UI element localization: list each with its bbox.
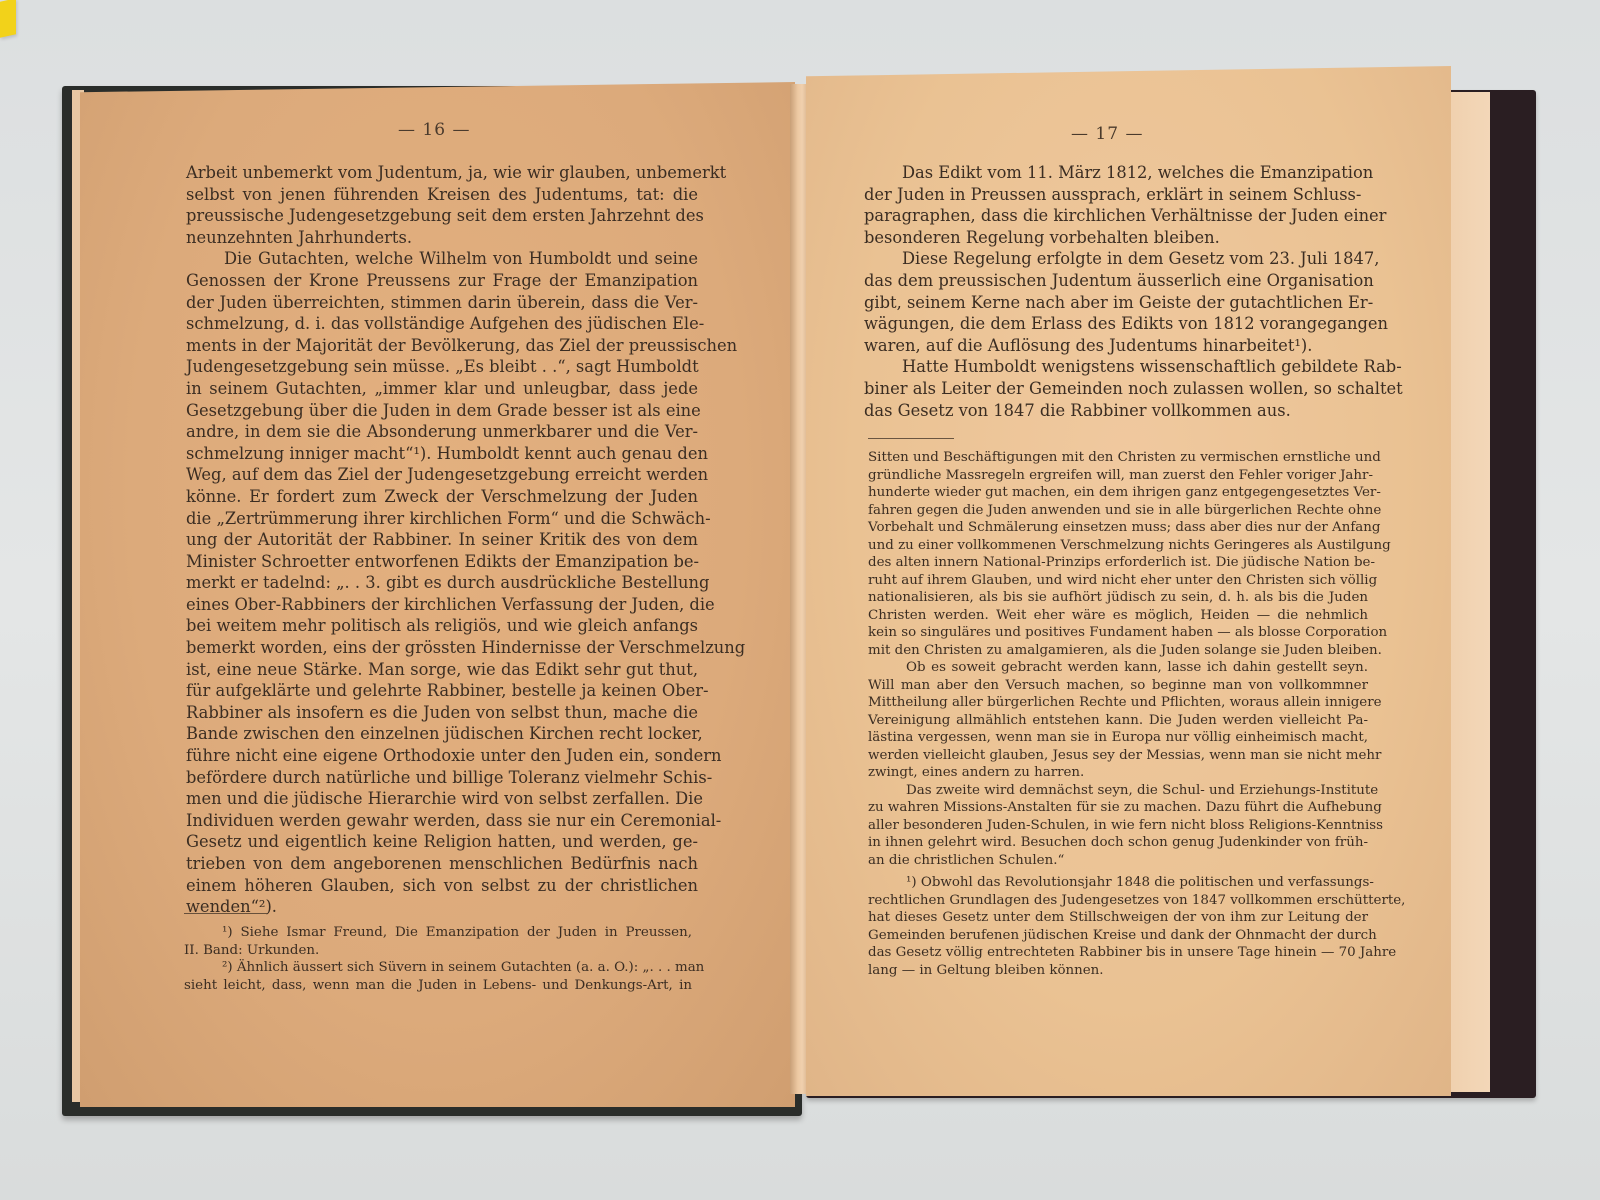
text-line: Gesetzgebung über die Juden in dem Grade… [186,400,698,422]
text-line: in seinem Gutachten, „immer klar und unl… [186,378,698,400]
footnote-line: ¹) Obwohl das Revolutionsjahr 1848 die p… [868,874,1368,892]
footnote-line: rechtlichen Grundlagen des Judengesetzes… [868,892,1368,910]
footnote-line: Will man aber den Versuch machen, so beg… [868,677,1368,695]
footnote-rule [868,438,954,439]
text-line: bei weitem mehr politisch als religiös, … [186,615,698,637]
text-line: Arbeit unbemerkt vom Judentum, ja, wie w… [186,162,698,184]
footnote-line: in ihnen gelehrt wird. Besuchen doch sch… [868,834,1368,852]
text-line: ung der Autorität der Rabbiner. In seine… [186,529,698,551]
footnote-line: kein so singuläres und positives Fundame… [868,624,1368,642]
text-line: das dem preussischen Judentum äusserlich… [864,270,1350,292]
text-line: men und die jüdische Hierarchie wird von… [186,788,698,810]
footnote-line: das Gesetz völlig entrechteten Rabbiner … [868,944,1368,962]
text-line: Judengesetzgebung sein müsse. „Es bleibt… [186,356,698,378]
footnote-line: werden vielleicht glauben, Jesus sey der… [868,747,1368,765]
text-line: Rabbiner als insofern es die Juden von s… [186,702,698,724]
text-line: andre, in dem sie die Absonderung unmerk… [186,421,698,443]
footnote-line: ¹) Siehe Ismar Freund, Die Emanzipation … [184,924,692,942]
footnote-line: Das zweite wird demnächst seyn, die Schu… [868,782,1368,800]
text-line: Diese Regelung erfolgte in dem Gesetz vo… [864,248,1350,270]
footnote-line: sieht leicht, dass, wenn man die Juden i… [184,977,692,995]
text-line: wenden“²). [186,896,698,918]
body-text: Arbeit unbemerkt vom Judentum, ja, wie w… [186,162,698,918]
text-line: waren, auf die Auflösung des Judentums h… [864,335,1350,357]
text-line: schmelzung, d. i. das vollständige Aufge… [186,313,698,335]
footnote-line: aller besonderen Juden-Schulen, in wie f… [868,817,1368,835]
text-line: einem höheren Glauben, sich von selbst z… [186,875,698,897]
text-line: wägungen, die dem Erlass des Edikts von … [864,313,1350,335]
footnote-line: mit den Christen zu amalgamieren, als di… [868,642,1368,660]
page-16: — 16 — Arbeit unbemerkt vom Judentum, ja… [80,82,795,1107]
page-number: — 16 — [398,120,470,140]
footnote-rule [184,913,268,914]
text-line: Bande zwischen den einzelnen jüdischen K… [186,723,698,745]
text-line: der Juden in Preussen aussprach, erklärt… [864,184,1350,206]
footnote-line: fahren gegen die Juden anwenden und sie … [868,502,1368,520]
footnote-line: Gemeinden berufenen jüdischen Kreise und… [868,927,1368,945]
text-line: paragraphen, dass die kirchlichen Verhäl… [864,205,1350,227]
text-line: Die Gutachten, welche Wilhelm von Humbol… [186,248,698,270]
text-line: der Juden überreichten, stimmen darin üb… [186,292,698,314]
text-line: ist, eine neue Stärke. Man sorge, wie da… [186,659,698,681]
footnote-line: zwingt, eines andern zu harren. [868,764,1368,782]
footnote-line: hat dieses Gesetz unter dem Stillschweig… [868,909,1368,927]
text-line: ments in der Majorität der Bevölkerung, … [186,335,698,357]
text-line: das Gesetz von 1847 die Rabbiner vollkom… [864,400,1350,422]
text-line: führe nicht eine eigene Orthodoxie unter… [186,745,698,767]
footnote-line: II. Band: Urkunden. [184,942,692,960]
footnote-line: hunderte wieder gut machen, ein dem ihri… [868,484,1368,502]
text-line: könne. Er fordert zum Zweck der Verschme… [186,486,698,508]
footnote-line: Vereinigung allmählich entstehen kann. D… [868,712,1368,730]
footnote-line: Mittheilung aller bürgerlichen Rechte un… [868,694,1368,712]
text-line: bemerkt worden, eins der grössten Hinder… [186,637,698,659]
text-line: Weg, auf dem das Ziel der Judengesetzgeb… [186,464,698,486]
text-line: merkt er tadelnd: „. . 3. gibt es durch … [186,572,698,594]
footnote-line: Vorbehalt und Schmälerung einsetzen muss… [868,519,1368,537]
text-line: gibt, seinem Kerne nach aber im Geiste d… [864,292,1350,314]
text-line: für aufgeklärte und gelehrte Rabbiner, b… [186,680,698,702]
footnote-line: Christen werden. Weit eher wäre es mögli… [868,607,1368,625]
text-line: Gesetz und eigentlich keine Religion hat… [186,831,698,853]
text-line: Individuen werden gewahr werden, dass si… [186,810,698,832]
footnote-line: zu wahren Missions-Anstalten für sie zu … [868,799,1368,817]
body-text: Das Edikt vom 11. März 1812, welches die… [864,162,1350,421]
footnote-line: ruht auf ihrem Glauben, und wird nicht e… [868,572,1368,590]
footnote-line: und zu einer vollkommenen Verschmelzung … [868,537,1368,555]
text-line: biner als Leiter der Gemeinden noch zula… [864,378,1350,400]
footnote-line: Ob es soweit gebracht werden kann, lasse… [868,659,1368,677]
text-line: die „Zertrümmerung ihrer kirchlichen For… [186,508,698,530]
text-line: preussische Judengesetzgebung seit dem e… [186,205,698,227]
footnote-line: des alten innern National-Prinzips erfor… [868,554,1368,572]
footnote-line: ²) Ähnlich äussert sich Süvern in seinem… [184,959,692,977]
text-line: selbst von jenen führenden Kreisen des J… [186,184,698,206]
footnotes: ¹) Siehe Ismar Freund, Die Emanzipation … [184,924,692,994]
text-line: eines Ober-Rabbiners der kirchlichen Ver… [186,594,698,616]
footnote-line: gründliche Massregeln ergreifen will, ma… [868,467,1368,485]
text-line: neunzehnten Jahrhunderts. [186,227,698,249]
sticky-note [0,0,16,38]
text-line: trieben von dem angeborenen menschlichen… [186,853,698,875]
footnote-line: lang — in Geltung bleiben können. [868,962,1368,980]
text-line: Minister Schroetter entworfenen Edikts d… [186,551,698,573]
text-line: besonderen Regelung vorbehalten bleiben. [864,227,1350,249]
footnote-line: an die christlichen Schulen.“ [868,852,1368,870]
text-line: Genossen der Krone Preussens zur Frage d… [186,270,698,292]
page-number: — 17 — [1071,124,1143,144]
text-line: Das Edikt vom 11. März 1812, welches die… [864,162,1350,184]
footnote-line: nationalisieren, als bis sie aufhört jüd… [868,589,1368,607]
text-line: schmelzung inniger macht“¹). Humboldt ke… [186,443,698,465]
footnote-line: lästina vergessen, wenn man sie in Europ… [868,729,1368,747]
footnotes: Sitten und Beschäftigungen mit den Chris… [868,449,1368,979]
text-line: Hatte Humboldt wenigstens wissenschaftli… [864,356,1350,378]
text-line: befördere durch natürliche und billige T… [186,767,698,789]
page-17: — 17 — Das Edikt vom 11. März 1812, welc… [806,66,1451,1096]
footnote-line: Sitten und Beschäftigungen mit den Chris… [868,449,1368,467]
